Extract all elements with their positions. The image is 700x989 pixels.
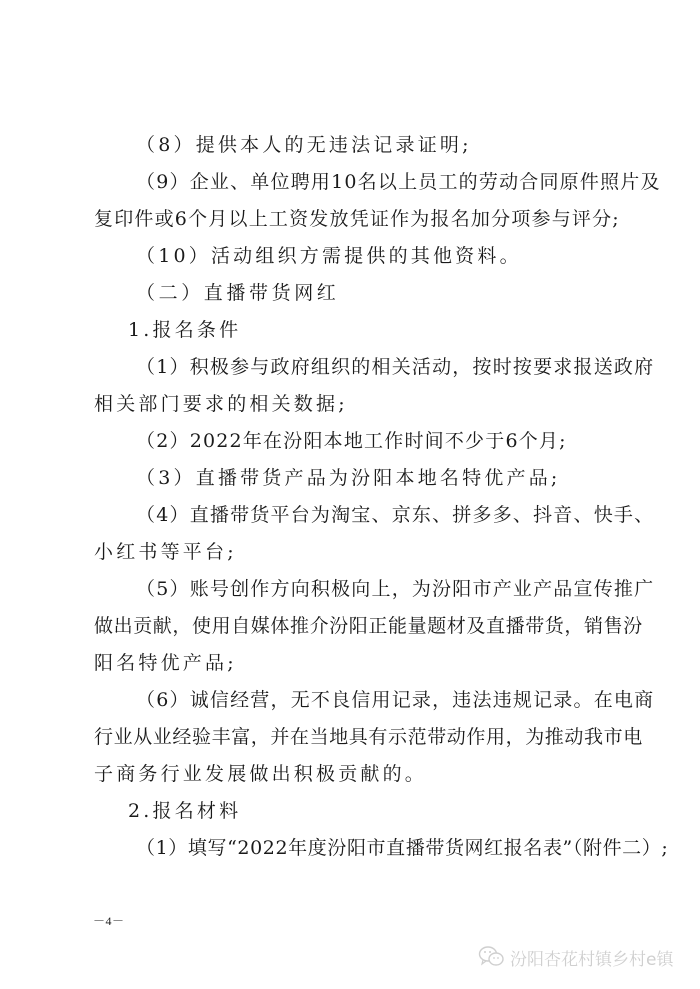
subheading-conditions: 1.报名条件 (128, 318, 618, 342)
section-heading-livestream: （二）直播带货网红 (136, 281, 626, 305)
text-line-cond-5: （5）账号创作方向积极向上，为汾阳市产业产品宣传推广 (136, 577, 626, 601)
text-line-cond-6-cont2: 子商务行业发展做出积极贡献的。 (94, 762, 626, 786)
text-line-item-8: （8）提供本人的无违法记录证明; (136, 133, 626, 157)
text-line-material-1: （1）填写“2022年度汾阳市直播带货网红报名表”（附件二）; (136, 836, 626, 860)
text-line-cond-4-cont: 小红书等平台; (94, 540, 626, 564)
watermark: 汾阳杏花村镇乡村e镇 (478, 945, 673, 969)
text-line-cond-3: （3）直播带货产品为汾阳本地名特优产品; (136, 466, 626, 490)
text-line-cond-1: （1）积极参与政府组织的相关活动，按时按要求报送政府 (136, 355, 626, 379)
text-line-cond-4: （4）直播带货平台为淘宝、京东、拼多多、抖音、快手、 (136, 503, 626, 527)
text-line-cond-6: （6）诚信经营，无不良信用记录，违法违规记录。在电商 (136, 688, 626, 712)
text-line-cond-1-cont: 相关部门要求的相关数据; (94, 392, 626, 416)
subheading-materials: 2.报名材料 (128, 799, 618, 823)
page-number: －4－ (93, 912, 125, 929)
document-page: （8）提供本人的无违法记录证明; （9）企业、单位聘用10名以上员工的劳动合同原… (0, 0, 700, 989)
text-line-item-10: （10）活动组织方需提供的其他资料。 (136, 244, 626, 268)
text-line-cond-2: （2）2022年在汾阳本地工作时间不少于6个月; (136, 429, 626, 453)
watermark-text: 汾阳杏花村镇乡村e镇 (510, 945, 673, 970)
wechat-icon (478, 945, 506, 969)
text-line-cond-5-cont: 做出贡献，使用自媒体推介汾阳正能量题材及直播带货，销售汾 (94, 614, 626, 638)
text-line-cond-6-cont: 行业从业经验丰富，并在当地具有示范带动作用，为推动我市电 (94, 725, 626, 749)
text-line-cond-5-cont2: 阳名特优产品; (94, 651, 626, 675)
text-line-item-9: （9）企业、单位聘用10名以上员工的劳动合同原件照片及 (136, 170, 626, 194)
text-line-item-9-cont: 复印件或6个月以上工资发放凭证作为报名加分项参与评分; (94, 207, 626, 231)
